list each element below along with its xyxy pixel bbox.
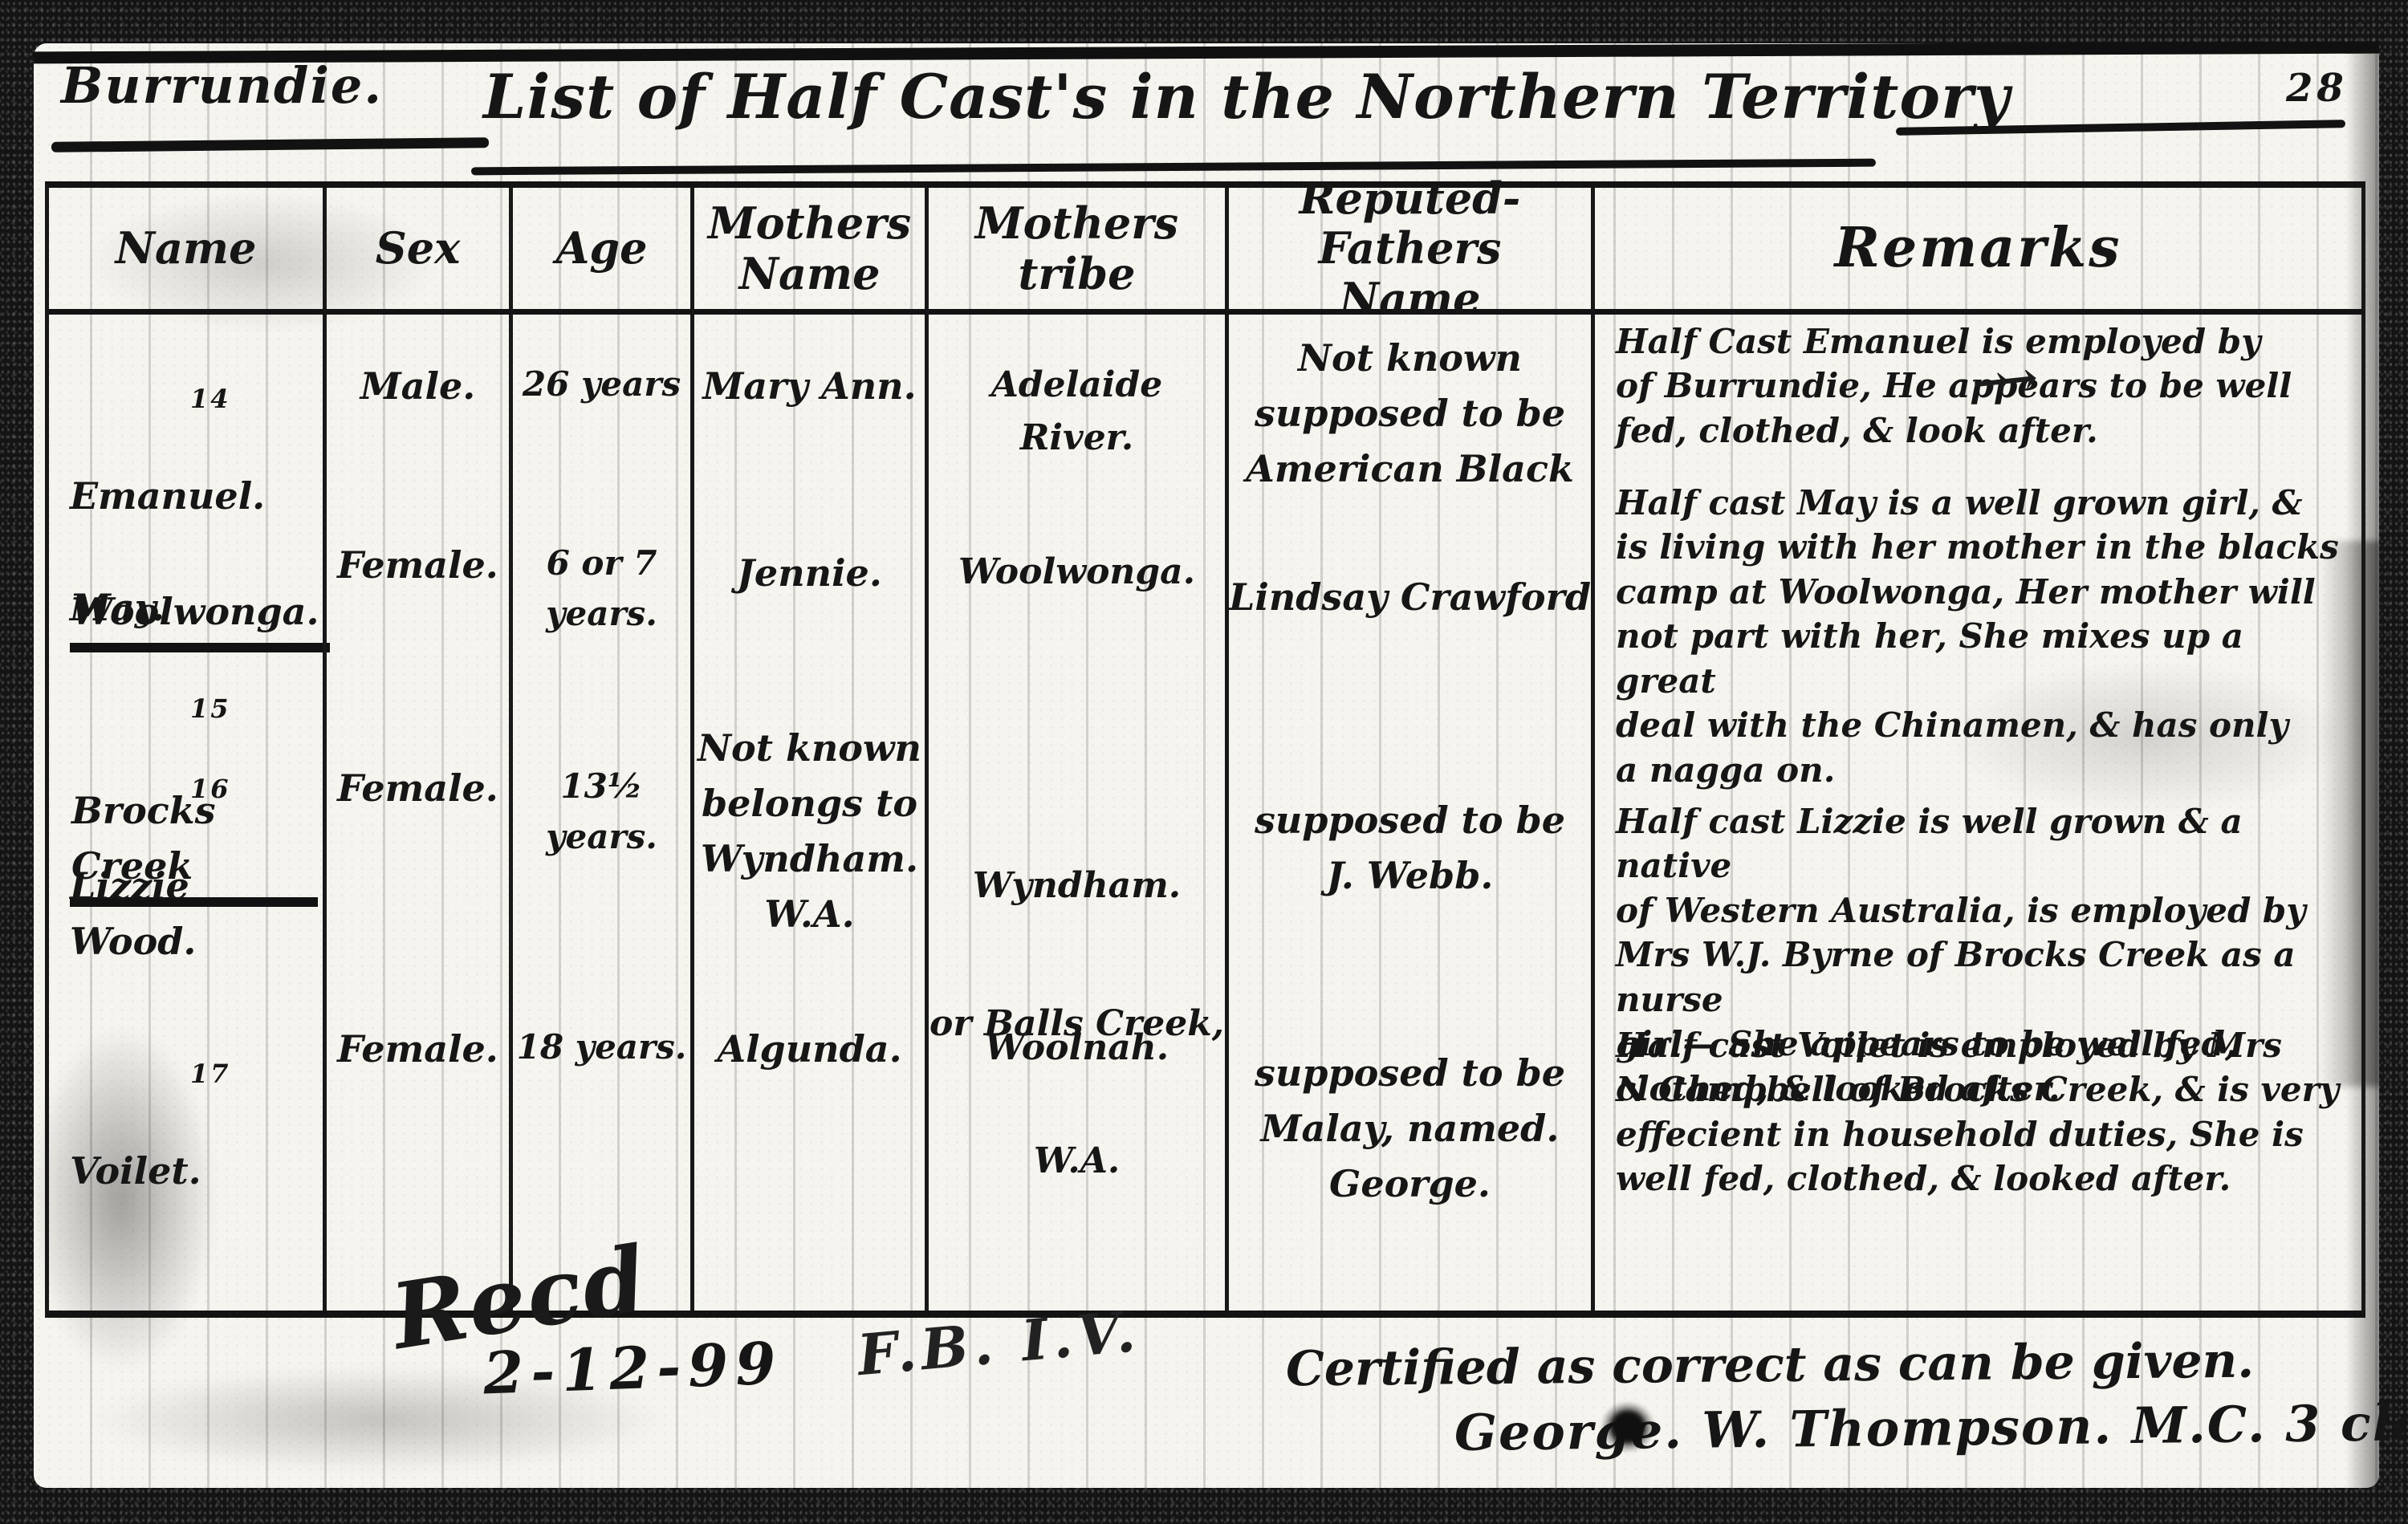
- remarks-text: Half cast Voilet is employed by Mrs N Ca…: [1595, 990, 2365, 1311]
- remarks-text: Half cast Lizzie is well grown & a nativ…: [1595, 705, 2365, 990]
- mother-name: Algunda.: [694, 990, 929, 1311]
- mother-name: Not known belongs to Wyndham. W.A.: [694, 705, 929, 990]
- table-row: 16 Lizzie Wood.: [49, 705, 327, 990]
- age-value: 26 years: [513, 315, 694, 514]
- reputed-father: Lindsay Crawford: [1229, 514, 1595, 705]
- page-number: 28: [2286, 66, 2348, 111]
- age-value: 6 or 7 years.: [513, 514, 694, 705]
- entry-name: May.: [70, 580, 318, 636]
- region-label: Burrundie.: [61, 56, 383, 115]
- ink-blot: [1601, 1401, 1655, 1453]
- column-header-father: Reputed-Fathers Name: [1229, 188, 1595, 315]
- sex-value: Female.: [327, 705, 513, 990]
- pen-scribble-arrows: →→: [1970, 352, 2031, 411]
- sex-value: Male.: [327, 315, 513, 514]
- reputed-father: supposed to be Malay, named. George.: [1229, 990, 1595, 1311]
- column-header-tribe: Mothers tribe: [929, 188, 1229, 315]
- column-header-name: Name: [49, 188, 327, 315]
- region-underline: [51, 137, 489, 152]
- title-underline: [471, 159, 1876, 176]
- age-value: 13½ years.: [513, 705, 694, 990]
- page-title: List of Half Cast's in the Northern Terr…: [483, 61, 2010, 132]
- entry-number: 16: [190, 776, 318, 802]
- scanned-ledger-page: Burrundie. List of Half Cast's in the No…: [34, 43, 2379, 1488]
- mother-tribe: Woolwonga.: [929, 514, 1229, 705]
- column-header-mother: Mothers Name: [694, 188, 929, 315]
- register-table: Name Sex Age Mothers Name Mothers tribe …: [45, 181, 2365, 1318]
- mother-name: Mary Ann.: [694, 315, 929, 514]
- table-row: May. 15 Brocks Creek: [49, 514, 327, 705]
- table-row: 14 Emanuel. Woolwonga.: [49, 315, 327, 514]
- entry-number: 17: [190, 1061, 318, 1087]
- remarks-text: Half cast May is a well grown girl, & is…: [1595, 476, 2365, 705]
- entry-name: Voilet.: [70, 1144, 318, 1199]
- mother-tribe: Adelaide River.: [929, 315, 1229, 514]
- mother-tribe: Wyndham. or Balls Creek, W.A.: [929, 705, 1229, 990]
- reputed-father: Not known supposed to be American Black: [1229, 315, 1595, 514]
- entry-number: 14: [190, 386, 318, 412]
- table-row: 17 Voilet.: [49, 990, 327, 1311]
- entry-name: Lizzie Wood.: [70, 859, 318, 969]
- column-header-age: Age: [513, 188, 694, 315]
- signature-line: George. W. Thompson. M.C. 3 class.: [1454, 1392, 2408, 1462]
- column-header-remarks: Remarks: [1595, 188, 2365, 315]
- sex-value: Female.: [327, 514, 513, 705]
- mother-tribe: Woolnah.: [929, 990, 1229, 1311]
- reputed-father: supposed to be J. Webb.: [1229, 705, 1595, 990]
- mother-name: Jennie.: [694, 514, 929, 705]
- column-header-sex: Sex: [327, 188, 513, 315]
- certification-statement: Certified as correct as can be given.: [1286, 1333, 2255, 1398]
